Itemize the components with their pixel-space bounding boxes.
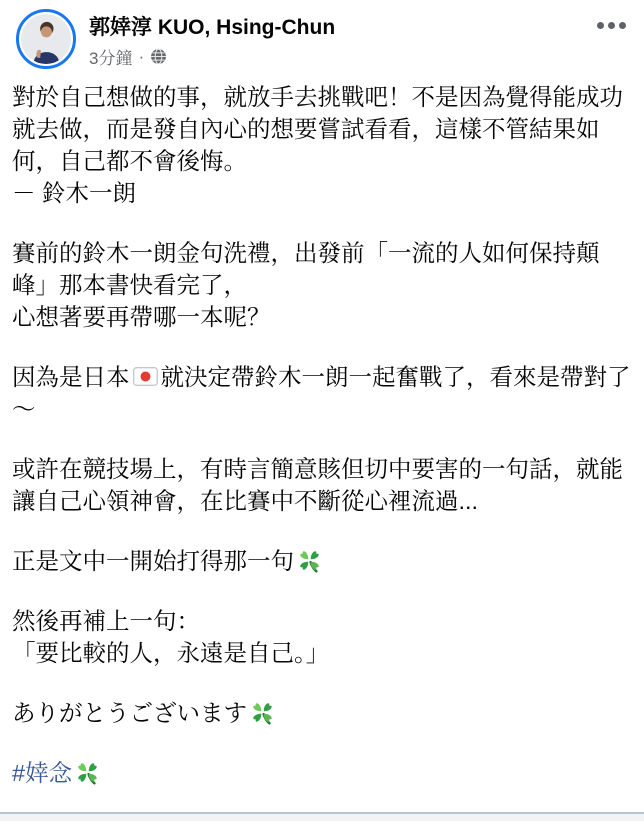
attached-photo-top-edge[interactable] xyxy=(0,812,644,821)
paragraph-followup: 然後再補上一句： 「要比較的人，永遠是自己。」 xyxy=(12,605,632,669)
paragraph-japan: 因為是日本就決定帶鈴木一朗一起奮戰了，看來是帶對了～ xyxy=(12,361,632,425)
author-name[interactable]: 郭婞淳 KUO, Hsing-Chun xyxy=(89,15,335,41)
header-meta: 郭婞淳 KUO, Hsing-Chun 3分鐘 · xyxy=(89,9,335,69)
thanks-text: ありがとうございます xyxy=(12,700,247,726)
timestamp[interactable]: 3分鐘 xyxy=(89,44,132,69)
paragraph-first-line: 正是文中一開始打得那一句 xyxy=(12,545,632,577)
japan-flag-emoji xyxy=(132,363,159,390)
paragraph-arena: 或許在競技場上，有時言簡意賅但切中要害的一句話，就能讓自己心領神會，在比賽中不斷… xyxy=(12,453,632,517)
post-meta-row: 3分鐘 · xyxy=(89,44,335,69)
paragraph-pregame: 賽前的鈴木一朗金句洗禮，出發前「一流的人如何保持顛峰」那本書快看完了， 心想著要… xyxy=(12,237,632,333)
four-leaf-clover-emoji xyxy=(74,759,101,786)
meta-separator: · xyxy=(138,47,144,67)
quote-paragraph: 對於自己想做的事，就放手去挑戰吧！不是因為覺得能成功就去做，而是發自內心的想要嘗… xyxy=(12,81,632,209)
post-content: 對於自己想做的事，就放手去挑戰吧！不是因為覺得能成功就去做，而是發自內心的想要嘗… xyxy=(0,81,644,789)
avatar-photo xyxy=(21,14,71,64)
quote-text: 對於自己想做的事，就放手去挑戰吧！不是因為覺得能成功就去做，而是發自內心的想要嘗… xyxy=(12,84,623,206)
four-leaf-clover-emoji xyxy=(249,699,276,726)
hashtag-link[interactable]: #婞念 xyxy=(12,760,72,786)
paragraph-thanks: ありがとうございます xyxy=(12,697,632,729)
globe-privacy-icon xyxy=(150,48,167,65)
post-options-button[interactable] xyxy=(591,14,632,37)
dot xyxy=(608,22,615,29)
facebook-post-card: 郭婞淳 KUO, Hsing-Chun 3分鐘 · 對於自己想做的事，就放手去挑… xyxy=(0,0,644,821)
paragraph-hashtag: #婞念 xyxy=(12,757,632,789)
first-line-text: 正是文中一開始打得那一句 xyxy=(12,548,294,574)
dot xyxy=(619,22,626,29)
dot xyxy=(597,22,604,29)
four-leaf-clover-emoji xyxy=(296,547,323,574)
pregame-text: 賽前的鈴木一朗金句洗禮，出發前「一流的人如何保持顛峰」那本書快看完了， 心想著要… xyxy=(12,240,600,330)
japan-text-before: 因為是日本 xyxy=(12,364,130,390)
followup-text: 然後再補上一句： 「要比較的人，永遠是自己。」 xyxy=(12,608,329,666)
post-header: 郭婞淳 KUO, Hsing-Chun 3分鐘 · xyxy=(0,0,644,69)
avatar[interactable] xyxy=(16,9,76,69)
arena-text: 或許在競技場上，有時言簡意賅但切中要害的一句話，就能讓自己心領神會，在比賽中不斷… xyxy=(12,456,623,514)
